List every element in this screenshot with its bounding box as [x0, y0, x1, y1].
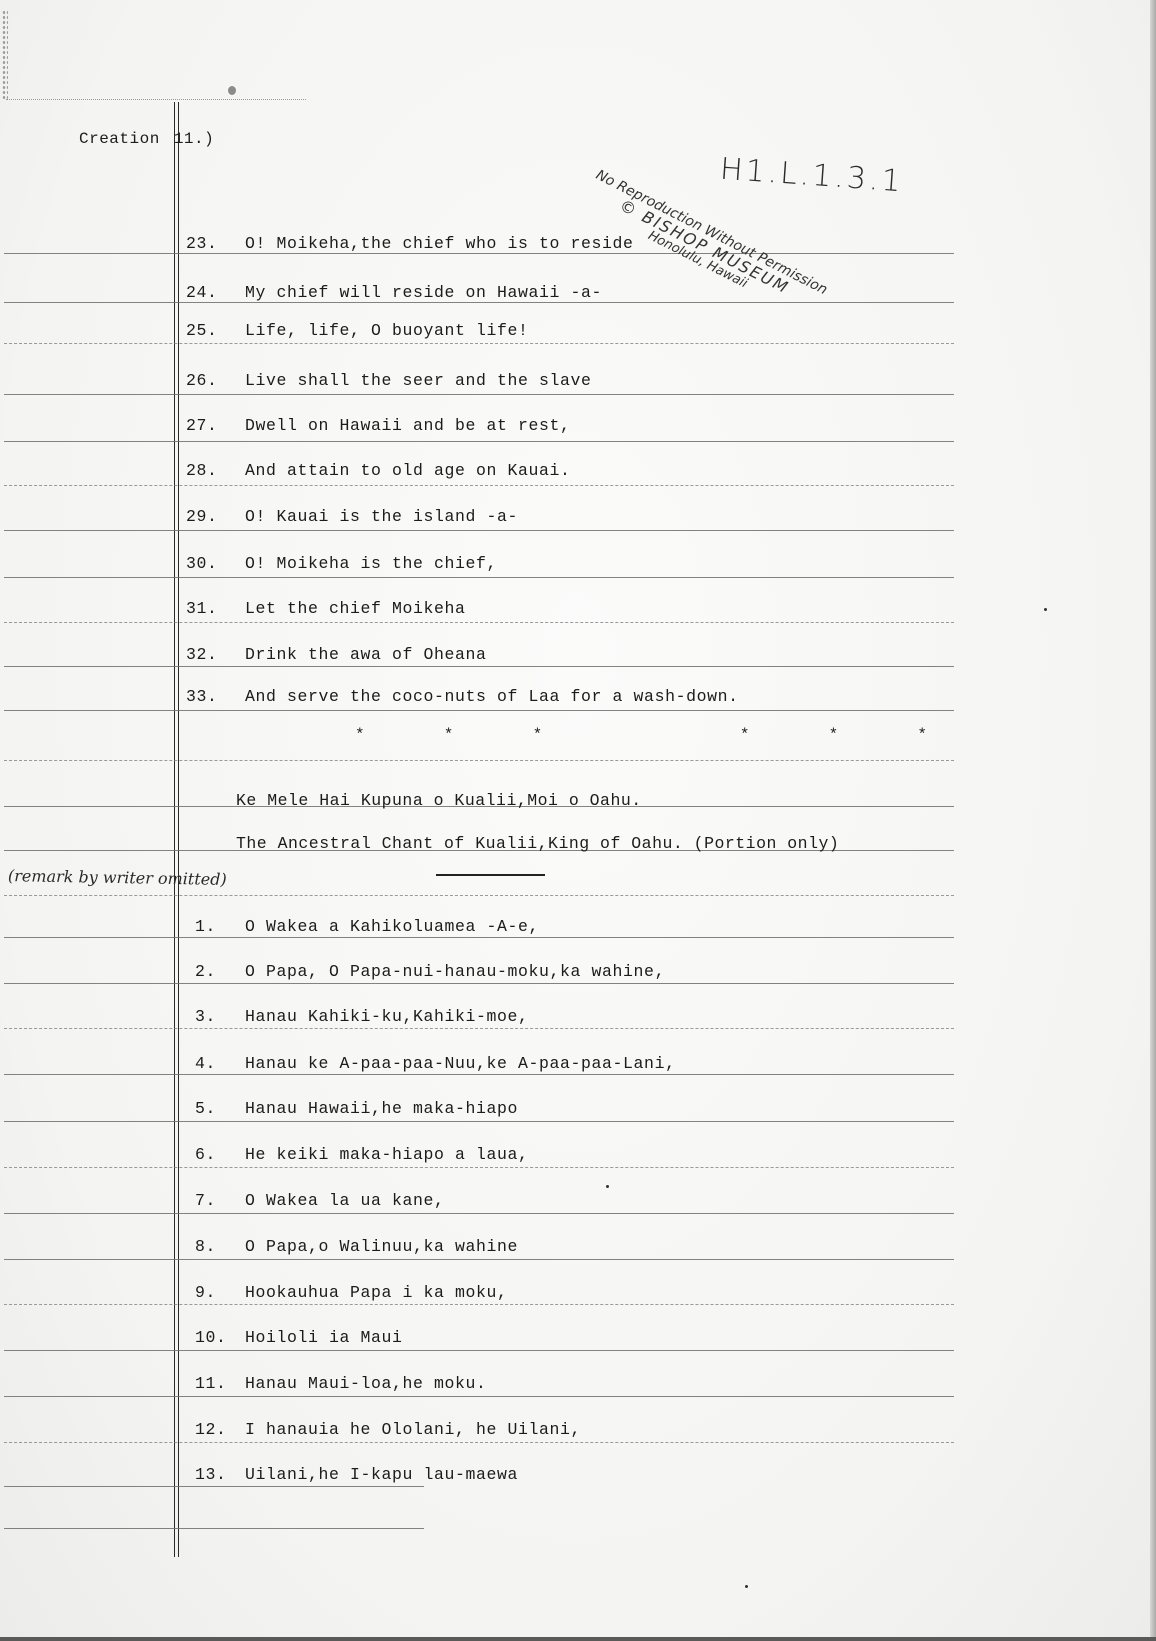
ruled-line	[4, 983, 954, 984]
chant-line: 23.O! Moikeha,the chief who is to reside	[186, 234, 634, 253]
ruled-line	[4, 1396, 954, 1397]
chant-line: 9.Hookauhua Papa i ka moku,	[195, 1283, 508, 1302]
line-number: 30.	[186, 554, 245, 573]
ruled-line	[4, 710, 954, 711]
line-text: And attain to old age on Kauai.	[245, 461, 571, 480]
line-text: O Wakea la ua kane,	[245, 1191, 445, 1210]
ruled-line	[4, 441, 954, 442]
line-number: 4.	[195, 1054, 245, 1073]
line-number: 25.	[186, 321, 245, 340]
line-text: I hanauia he Ololani, he Uilani,	[245, 1420, 581, 1439]
chant-line: 2.O Papa, O Papa-nui-hanau-moku,ka wahin…	[195, 962, 665, 981]
line-text: Hanau Hawaii,he maka-hiapo	[245, 1099, 518, 1118]
margin-line-left	[174, 102, 175, 1557]
line-number: 7.	[195, 1191, 245, 1210]
page-bottom-edge	[0, 1637, 1156, 1641]
line-number: 8.	[195, 1237, 245, 1256]
line-number: 26.	[186, 371, 245, 390]
ruled-line	[4, 666, 954, 667]
ruled-line	[4, 760, 954, 761]
chant-line: 8.O Papa,o Walinuu,ka wahine	[195, 1237, 518, 1256]
ruled-line	[4, 1304, 954, 1305]
chant-line: 24.My chief will reside on Hawaii -a-	[186, 283, 602, 302]
line-number: 10.	[195, 1328, 245, 1347]
chant-line: 30.O! Moikeha is the chief,	[186, 554, 497, 573]
line-text: O! Kauai is the island -a-	[245, 507, 518, 526]
speck	[745, 1585, 748, 1588]
chant-line: 12.I hanauia he Ololani, he Uilani,	[195, 1420, 581, 1439]
line-text: My chief will reside on Hawaii -a-	[245, 283, 602, 302]
chant-line: 10.Hoiloli ia Maui	[195, 1328, 403, 1347]
line-text: Let the chief Moikeha	[245, 599, 466, 618]
chant-line: 32.Drink the awa of Oheana	[186, 645, 487, 664]
page-header: Creation11.)	[79, 130, 214, 148]
page-right-edge	[1150, 0, 1156, 1641]
ruled-line	[4, 1259, 954, 1260]
chant-line: 5.Hanau Hawaii,he maka-hiapo	[195, 1099, 518, 1118]
ruled-line	[4, 530, 954, 531]
line-text: He keiki maka-hiapo a laua,	[245, 1145, 529, 1164]
ruled-line	[4, 622, 954, 623]
chant-line: 3.Hanau Kahiki-ku,Kahiki-moe,	[195, 1007, 529, 1026]
chant-line: 25.Life, life, O buoyant life!	[186, 321, 529, 340]
ruled-line	[4, 1074, 954, 1075]
line-number: 28.	[186, 461, 245, 480]
ink-blot	[228, 86, 236, 95]
margin-line-right	[178, 102, 179, 1557]
chant-line: 29.O! Kauai is the island -a-	[186, 507, 518, 526]
section-label: Creation	[79, 130, 160, 148]
line-text: Hanau Kahiki-ku,Kahiki-moe,	[245, 1007, 529, 1026]
ruled-line	[4, 394, 954, 395]
ruled-line	[4, 1213, 954, 1214]
line-text: O! Moikeha,the chief who is to reside	[245, 234, 634, 253]
ruled-line	[4, 1167, 954, 1168]
line-number: 24.	[186, 283, 245, 302]
line-number: 5.	[195, 1099, 245, 1118]
line-text: And serve the coco-nuts of Laa for a was…	[245, 687, 739, 706]
line-text: O Papa,o Walinuu,ka wahine	[245, 1237, 518, 1256]
heading-english: The Ancestral Chant of Kualii,King of Oa…	[236, 834, 839, 853]
chant-line: 6.He keiki maka-hiapo a laua,	[195, 1145, 529, 1164]
chant-line: 13.Uilani,he I-kapu lau-maewa	[195, 1465, 518, 1484]
chant-line: 27.Dwell on Hawaii and be at rest,	[186, 416, 571, 435]
line-number: 12.	[195, 1420, 245, 1439]
line-number: 33.	[186, 687, 245, 706]
line-text: Hanau Maui-loa,he moku.	[245, 1374, 487, 1393]
ruled-line	[4, 1028, 954, 1029]
line-text: O! Moikeha is the chief,	[245, 554, 497, 573]
line-text: O Papa, O Papa-nui-hanau-moku,ka wahine,	[245, 962, 665, 981]
page-number: 11.)	[174, 130, 214, 148]
ruled-line	[4, 1528, 424, 1529]
ruled-line	[4, 485, 954, 486]
line-number: 11.	[195, 1374, 245, 1393]
section-separator: * * * * * *	[355, 726, 947, 744]
line-text: Hanau ke A-paa-paa-Nuu,ke A-paa-paa-Lani…	[245, 1054, 676, 1073]
line-number: 2.	[195, 962, 245, 981]
speck	[1044, 608, 1047, 611]
catalog-reference: H1.L.1.3.1	[719, 152, 905, 200]
chant-line: 11.Hanau Maui-loa,he moku.	[195, 1374, 487, 1393]
chant-line: 31.Let the chief Moikeha	[186, 599, 466, 618]
document-page: Creation11.) H1.L.1.3.1 No Reproduction …	[0, 0, 1156, 1641]
line-number: 29.	[186, 507, 245, 526]
chant-line: 1.O Wakea a Kahikoluamea -A-e,	[195, 917, 539, 936]
line-number: 31.	[186, 599, 245, 618]
speck	[606, 1185, 609, 1188]
ruled-line	[4, 1121, 954, 1122]
ruled-line	[4, 1350, 954, 1351]
line-text: Dwell on Hawaii and be at rest,	[245, 416, 571, 435]
line-number: 23.	[186, 234, 245, 253]
ruled-line	[4, 577, 954, 578]
line-number: 3.	[195, 1007, 245, 1026]
scan-speckle	[2, 10, 8, 100]
chant-line: 26.Live shall the seer and the slave	[186, 371, 592, 390]
line-text: Drink the awa of Oheana	[245, 645, 487, 664]
line-number: 6.	[195, 1145, 245, 1164]
line-text: Uilani,he I-kapu lau-maewa	[245, 1465, 518, 1484]
line-number: 9.	[195, 1283, 245, 1302]
ruled-line	[4, 895, 954, 896]
top-dotted-line	[6, 99, 306, 100]
line-text: Life, life, O buoyant life!	[245, 321, 529, 340]
ruled-line	[4, 343, 954, 344]
ruled-line	[4, 253, 954, 254]
chant-line: 7.O Wakea la ua kane,	[195, 1191, 445, 1210]
chant-line: 28.And attain to old age on Kauai.	[186, 461, 571, 480]
line-number: 1.	[195, 917, 245, 936]
line-text: Hoiloli ia Maui	[245, 1328, 403, 1347]
margin-note: (remark by writer omitted)	[8, 866, 227, 889]
chant-line: 33.And serve the coco-nuts of Laa for a …	[186, 687, 739, 706]
ruled-line	[4, 1486, 424, 1487]
line-text: Live shall the seer and the slave	[245, 371, 592, 390]
heading-underline	[436, 874, 545, 876]
ruled-line	[4, 937, 954, 938]
ruled-line	[4, 1442, 954, 1443]
line-number: 27.	[186, 416, 245, 435]
line-number: 32.	[186, 645, 245, 664]
line-number: 13.	[195, 1465, 245, 1484]
line-text: O Wakea a Kahikoluamea -A-e,	[245, 917, 539, 936]
line-text: Hookauhua Papa i ka moku,	[245, 1283, 508, 1302]
heading-hawaiian: Ke Mele Hai Kupuna o Kualii,Moi o Oahu.	[236, 791, 642, 810]
chant-line: 4.Hanau ke A-paa-paa-Nuu,ke A-paa-paa-La…	[195, 1054, 676, 1073]
